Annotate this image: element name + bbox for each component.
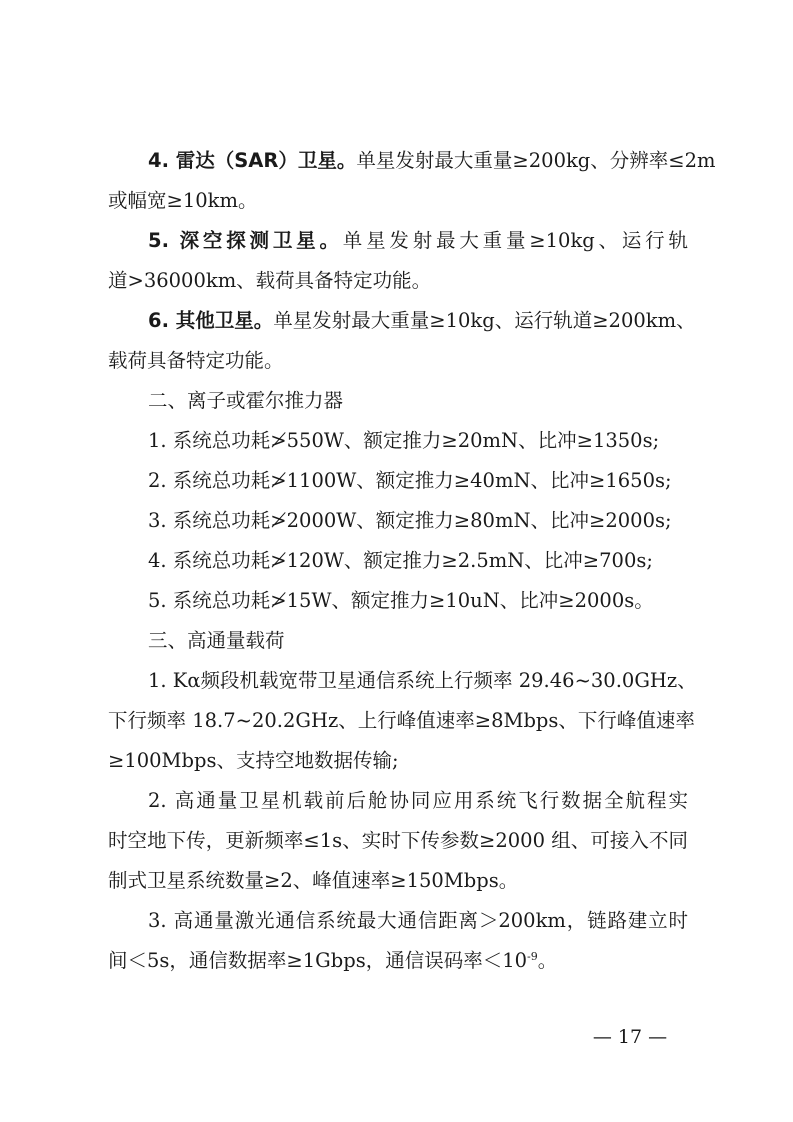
payload-item-2-line-2: 时空地下传，更新频率≤1s、实时下传参数≥2000 组、可接入不同	[108, 821, 688, 861]
other-satellite-line-1: 6. 其他卫星。单星发射最大重量≥10kg、运行轨道≥200km、	[148, 301, 688, 341]
sar-satellite-line-2: 或幅宽≥10km。	[108, 181, 688, 221]
payload-item-1-line-2: 下行频率 18.7~20.2GHz、上行峰值速率≥8Mbps、下行峰值速率	[108, 701, 688, 741]
period: 。	[538, 949, 558, 972]
thruster-item-1: 1. 系统总功耗≯550W、额定推力≥20mN、比冲≥1350s;	[148, 421, 688, 461]
payload-item-2-line-3: 制式卫星系统数量≥2、峰值速率≥150Mbps。	[108, 861, 688, 901]
deep-space-satellite-title: 5. 深空探测卫星。	[148, 229, 343, 252]
deep-space-satellite-spec: 单星发射最大重量≥10kg、运行轨	[343, 229, 688, 252]
deep-space-satellite-line-2: 道>36000km、载荷具备特定功能。	[108, 261, 688, 301]
sar-satellite-spec: 单星发射最大重量≥200kg、分辨率≤2m	[356, 149, 715, 172]
document-page: 4. 雷达（SAR）卫星。单星发射最大重量≥200kg、分辨率≤2m 或幅宽≥1…	[0, 0, 793, 1122]
page-number: — 17 —	[590, 1022, 670, 1052]
deep-space-satellite-line-1: 5. 深空探测卫星。单星发射最大重量≥10kg、运行轨	[148, 221, 688, 261]
thruster-item-3: 3. 系统总功耗≯2000W、额定推力≥80mN、比冲≥2000s;	[148, 501, 688, 541]
thruster-item-5: 5. 系统总功耗≯15W、额定推力≥10uN、比冲≥2000s。	[148, 581, 688, 621]
payload-heading: 三、高通量载荷	[148, 621, 688, 661]
thrusters-heading: 二、离子或霍尔推力器	[148, 381, 688, 421]
other-satellite-spec: 单星发射最大重量≥10kg、运行轨道≥200km、	[273, 309, 695, 332]
exponent: -9	[527, 950, 538, 963]
payload-item-3-text: 间＜5s，通信数据率≥1Gbps，通信误码率＜10	[108, 949, 527, 972]
payload-item-1-line-1: 1. Kα频段机载宽带卫星通信系统上行频率 29.46~30.0GHz、	[148, 661, 688, 701]
sar-satellite-title: 4. 雷达（SAR）卫星。	[148, 149, 356, 172]
payload-item-3-line-2: 间＜5s，通信数据率≥1Gbps，通信误码率＜10-9。	[108, 941, 688, 981]
thruster-item-2: 2. 系统总功耗≯1100W、额定推力≥40mN、比冲≥1650s;	[148, 461, 688, 501]
sar-satellite-line-1: 4. 雷达（SAR）卫星。单星发射最大重量≥200kg、分辨率≤2m	[148, 141, 688, 181]
payload-item-2-line-1: 2. 高通量卫星机载前后舱协同应用系统飞行数据全航程实	[148, 781, 688, 821]
thruster-item-4: 4. 系统总功耗≯120W、额定推力≥2.5mN、比冲≥700s;	[148, 541, 688, 581]
other-satellite-title: 6. 其他卫星。	[148, 309, 273, 332]
other-satellite-line-2: 载荷具备特定功能。	[108, 341, 688, 381]
payload-item-3-line-1: 3. 高通量激光通信系统最大通信距离＞200km，链路建立时	[148, 901, 688, 941]
payload-item-1-line-3: ≥100Mbps、支持空地数据传输;	[108, 741, 688, 781]
